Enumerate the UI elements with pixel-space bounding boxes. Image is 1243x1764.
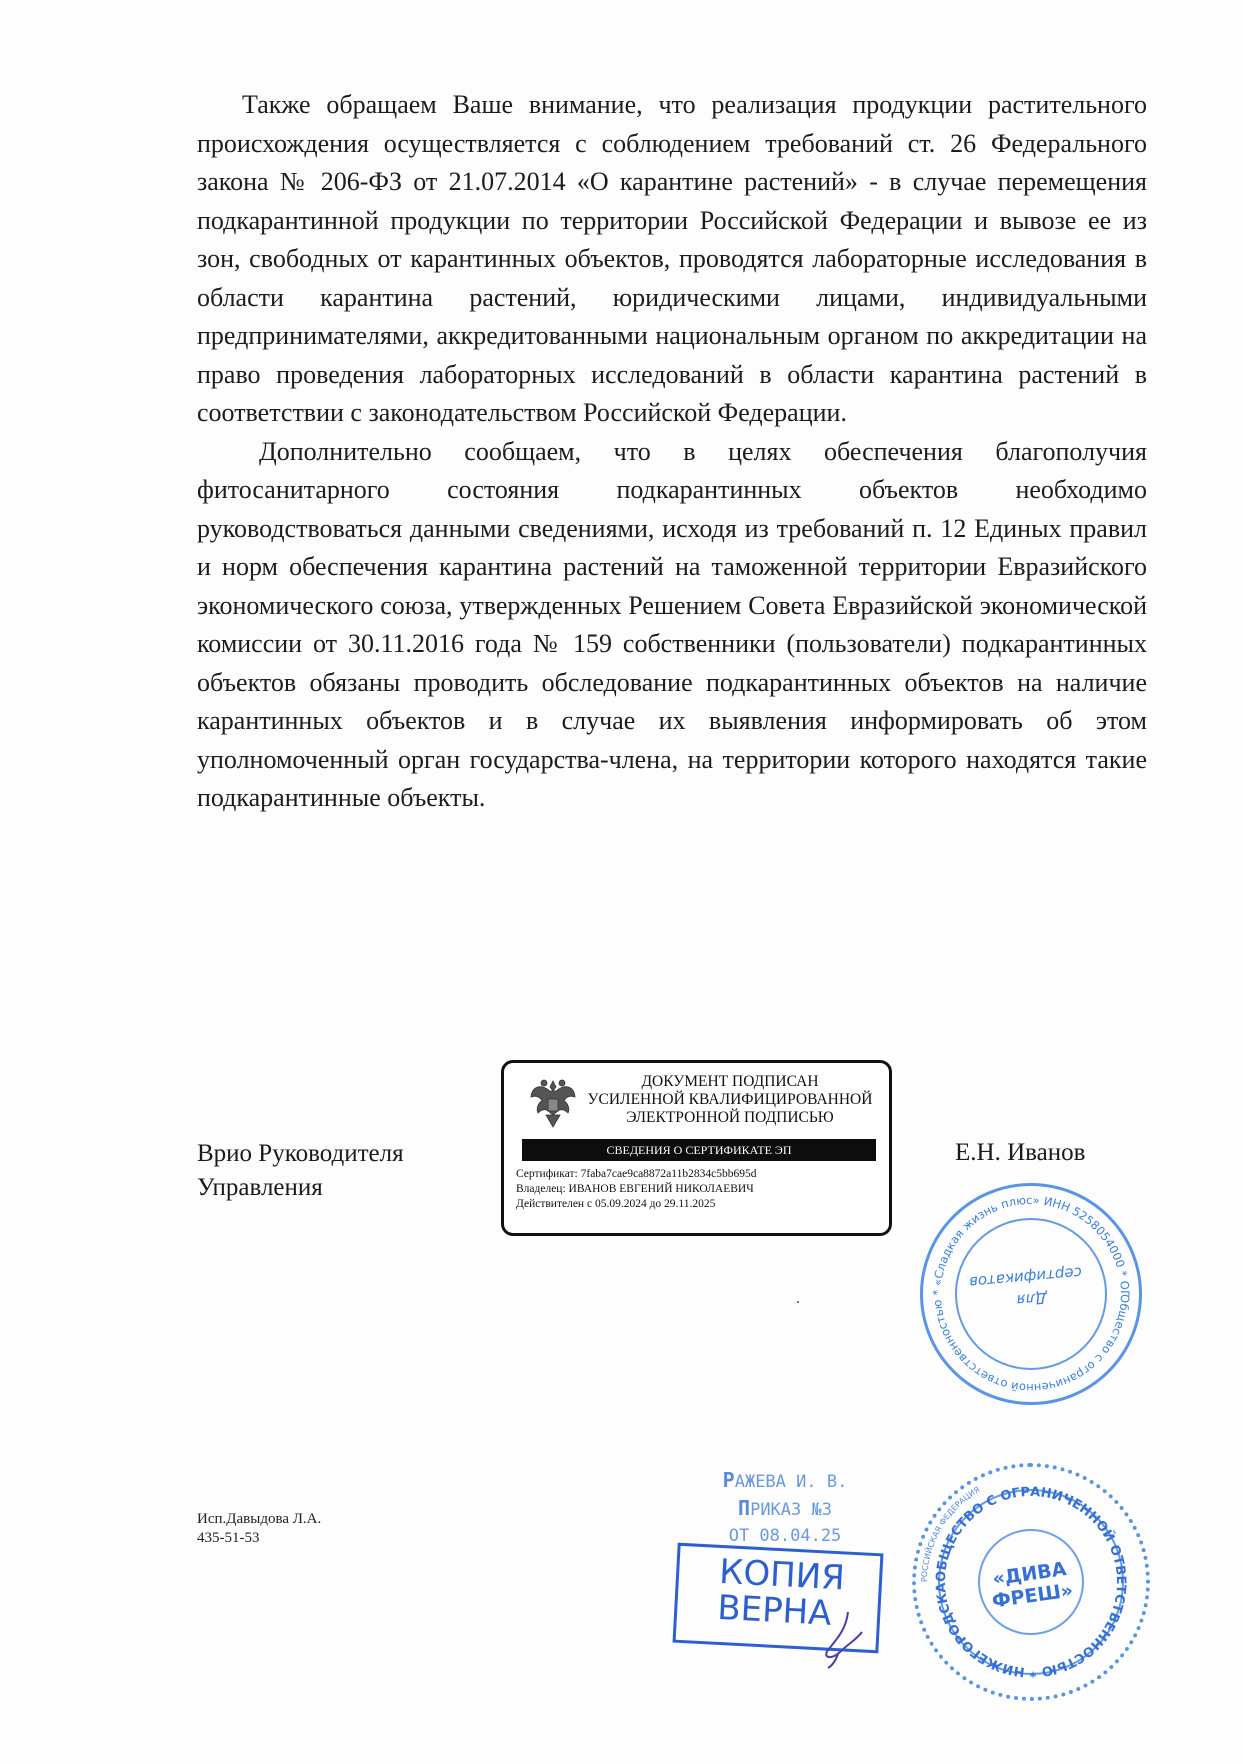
executor-info: Исп.Давыдова Л.А. 435-51-53 <box>197 1510 321 1548</box>
signer-position-line1: Врио Руководителя <box>197 1137 404 1171</box>
order-stamp-line1: РАЖЕВА И. В. <box>710 1467 860 1495</box>
order-stamp-line2: ПРИКАЗ №3 <box>710 1495 860 1523</box>
signer-position-line2: Управления <box>197 1171 404 1205</box>
speck <box>797 1301 799 1303</box>
esig-certificate-id: Сертификат: 7faba7cae9ca8872a11b2834c5bb… <box>516 1167 756 1182</box>
company-seal-diva-fresh: ОБЩЕСТВО С ОГРАНИЧЕННОЙ ОТВЕТСТВЕННОСТЬЮ… <box>912 1463 1150 1701</box>
esig-certificate-bar: СВЕДЕНИЯ О СЕРТИФИКАТЕ ЭП <box>522 1139 876 1161</box>
esig-heading-line3: ЭЛЕКТРОННОЙ ПОДПИСЬЮ <box>580 1109 880 1127</box>
coat-of-arms-icon <box>528 1075 578 1133</box>
paragraph-phytosanitary-requirements: Также обращаем Ваше внимание, что реализ… <box>197 86 1147 433</box>
letter-body: Также обращаем Ваше внимание, что реализ… <box>197 86 1147 818</box>
signer-name: Е.Н. Иванов <box>955 1139 1085 1167</box>
executor-name: Исп.Давыдова Л.А. <box>197 1510 321 1529</box>
signer-position: Врио Руководителя Управления <box>197 1137 404 1205</box>
paragraph-additional-info: Дополнительно сообщаем, что в целях обес… <box>197 433 1147 818</box>
document-page: Также обращаем Ваше внимание, что реализ… <box>0 0 1243 1764</box>
seal-center-text: Для сертификатов <box>977 1262 1084 1315</box>
esig-heading-line1: ДОКУМЕНТ ПОДПИСАН <box>580 1073 880 1091</box>
esig-validity: Действителен с 05.09.2024 до 29.11.2025 <box>516 1197 756 1212</box>
electronic-signature-block: ДОКУМЕНТ ПОДПИСАН УСИЛЕННОЙ КВАЛИФИЦИРОВ… <box>501 1060 892 1236</box>
esig-certificate-info: Сертификат: 7faba7cae9ca8872a11b2834c5bb… <box>516 1167 756 1212</box>
esig-heading: ДОКУМЕНТ ПОДПИСАН УСИЛЕННОЙ КВАЛИФИЦИРОВ… <box>580 1073 880 1127</box>
handwritten-signature <box>818 1610 868 1670</box>
order-stamp: РАЖЕВА И. В. ПРИКАЗ №3 ОТ 08.04.25 <box>710 1467 860 1549</box>
esig-heading-line2: УСИЛЕННОЙ КВАЛИФИЦИРОВАННОЙ <box>580 1091 880 1109</box>
esig-owner: Владелец: ИВАНОВ ЕВГЕНИЙ НИКОЛАЕВИЧ <box>516 1182 756 1197</box>
executor-phone: 435-51-53 <box>197 1529 321 1548</box>
company-seal-sladkaya-zhizn: Общество с ограниченной ответственностью… <box>920 1183 1142 1405</box>
